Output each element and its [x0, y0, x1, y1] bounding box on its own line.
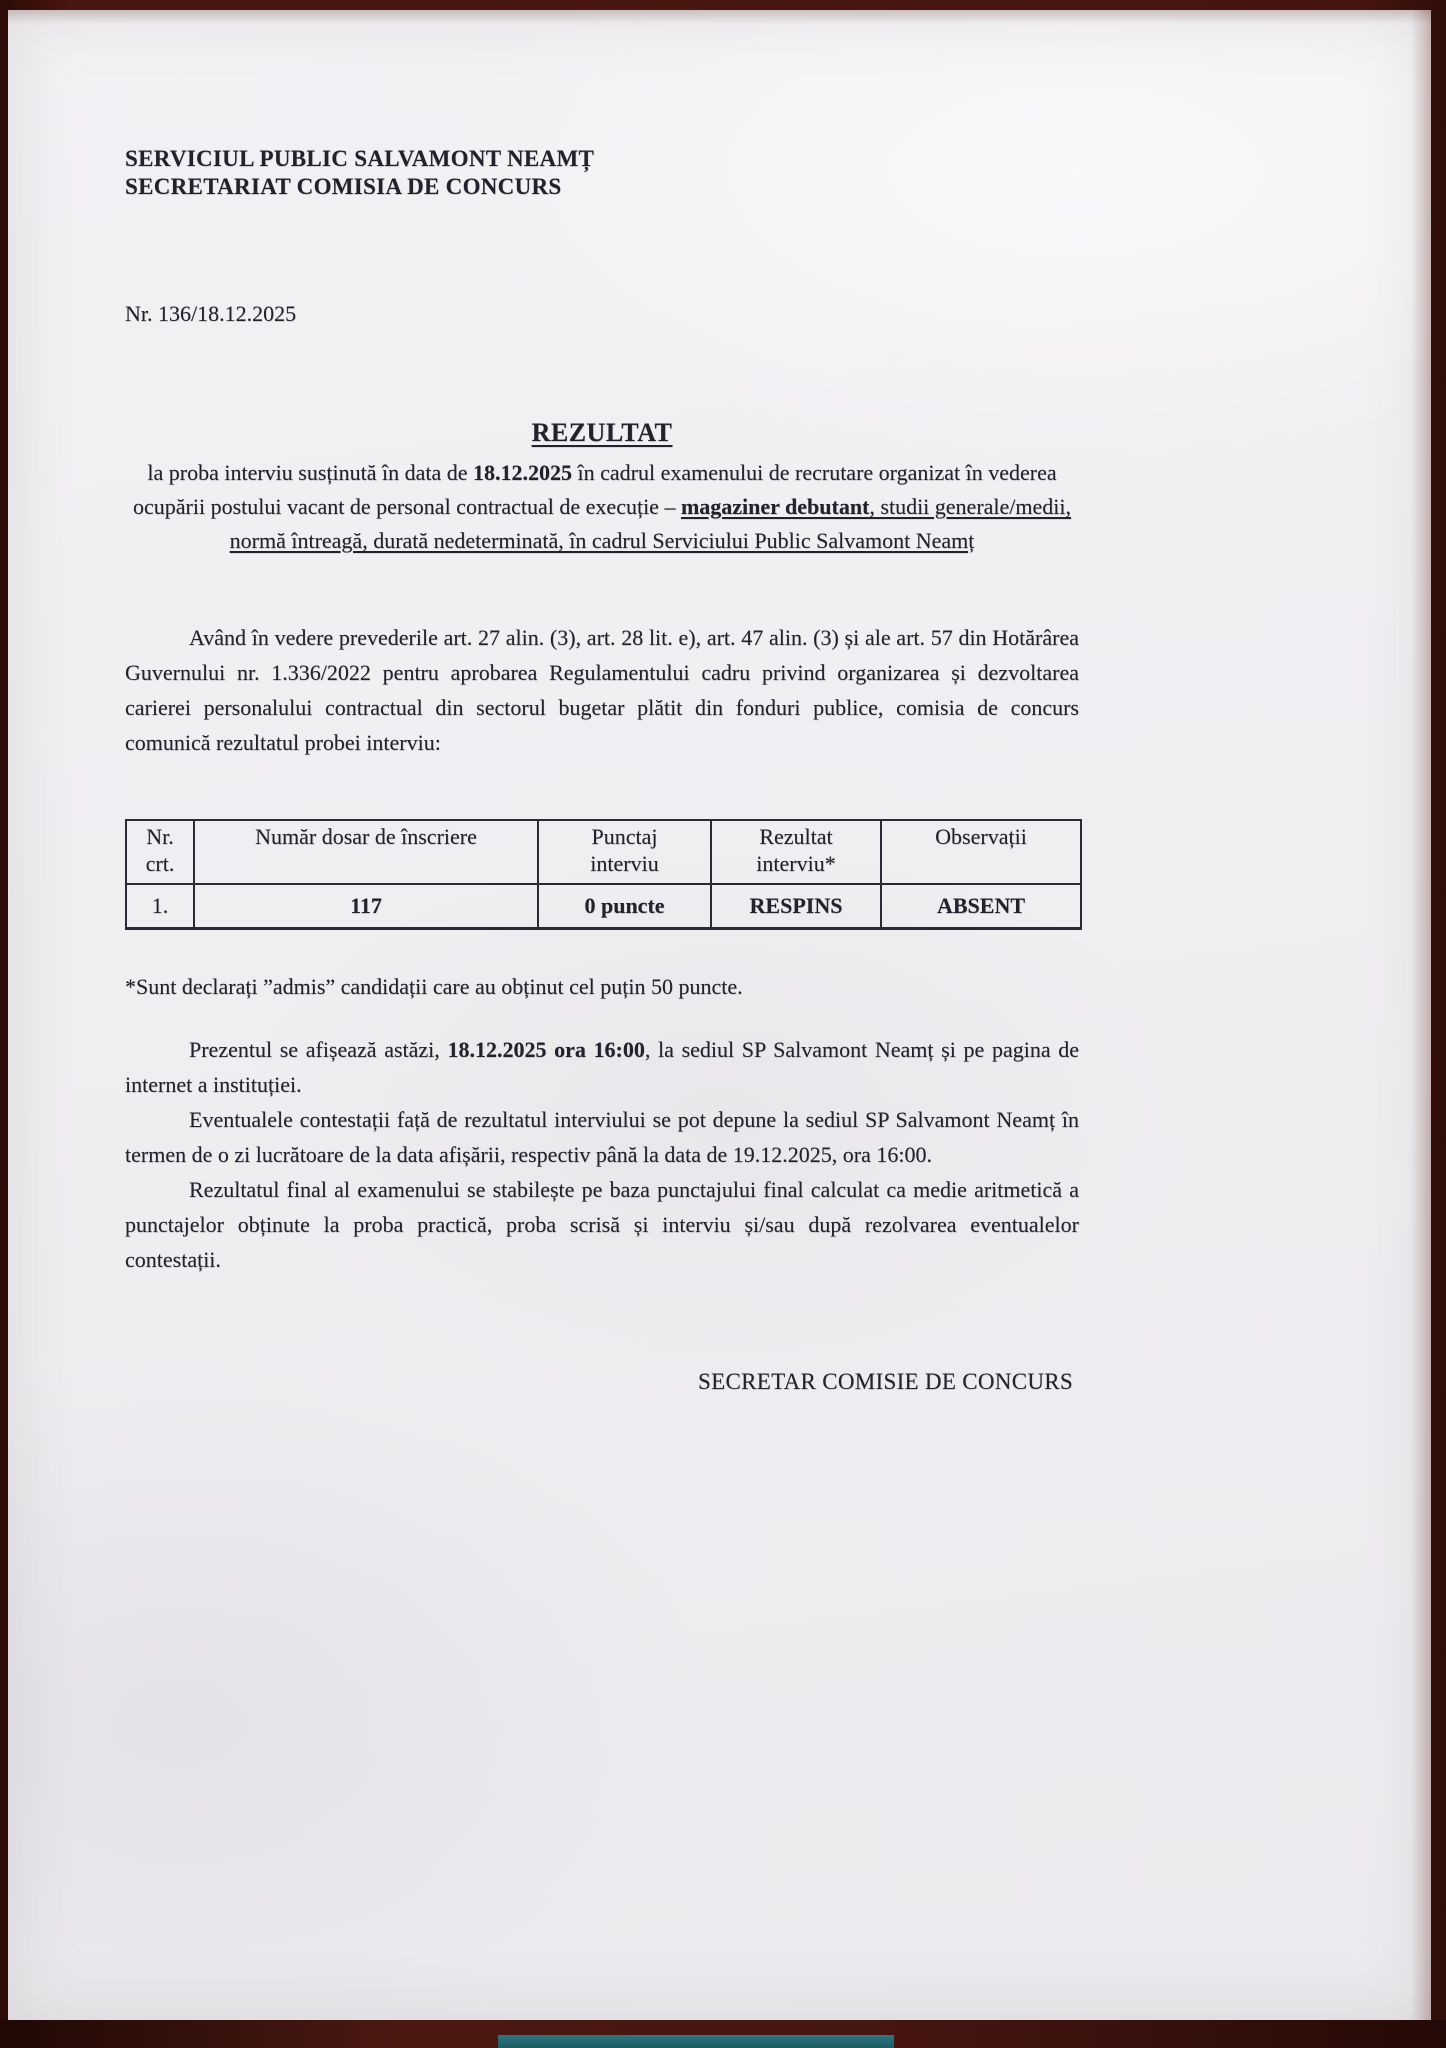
document-content: SERVICIUL PUBLIC SALVAMONT NEAMȚ SECRETA…	[8, 10, 1431, 1395]
position-name: magaziner debutant	[681, 494, 869, 519]
display-text-1: Prezentul se afișează astăzi,	[189, 1037, 447, 1062]
document-title: REZULTAT	[532, 418, 673, 447]
contest-paragraph: Eventualele contestații față de rezultat…	[125, 1102, 1079, 1172]
results-table: Nr. crt. Număr dosar de înscriere Puncta…	[125, 819, 1082, 930]
title-row: REZULTAT	[125, 418, 1079, 448]
scanned-document-page: SERVICIUL PUBLIC SALVAMONT NEAMȚ SECRETA…	[8, 10, 1431, 2020]
header-numar-dosar: Număr dosar de înscriere	[194, 820, 538, 884]
intro-text-1: la proba interviu susținută în data de	[147, 460, 473, 485]
intro-paragraph: la proba interviu susținută în data de 1…	[125, 456, 1079, 558]
closing-paragraphs: Prezentul se afișează astăzi, 18.12.2025…	[125, 1032, 1079, 1277]
header-rezultat-interviu: Rezultat interviu*	[711, 820, 881, 884]
org-name-line2: SECRETARIAT COMISIA DE CONCURS	[125, 173, 1079, 201]
cell-punctaj: 0 puncte	[538, 884, 711, 929]
bottom-accent-strip	[498, 2035, 894, 2048]
header-punctaj-interviu: Punctaj interviu	[538, 820, 711, 884]
header-nr-crt: Nr. crt.	[126, 820, 194, 884]
org-name-line1: SERVICIUL PUBLIC SALVAMONT NEAMȚ	[125, 145, 1079, 173]
cell-rezultat: RESPINS	[711, 884, 881, 929]
cell-observatii: ABSENT	[881, 884, 1081, 929]
cell-numar-dosar: 117	[194, 884, 538, 929]
table-header-row: Nr. crt. Număr dosar de înscriere Puncta…	[126, 820, 1081, 884]
admission-footnote: *Sunt declarați ”admis” candidații care …	[125, 972, 1079, 1002]
header-observatii: Observații	[881, 820, 1081, 884]
display-paragraph: Prezentul se afișează astăzi, 18.12.2025…	[125, 1032, 1079, 1102]
registration-number: Nr. 136/18.12.2025	[125, 300, 1079, 328]
legal-basis-paragraph: Având în vedere prevederile art. 27 alin…	[125, 620, 1079, 760]
interview-date: 18.12.2025	[473, 460, 572, 485]
photo-bottom-edge	[0, 2020, 1446, 2048]
display-datetime: 18.12.2025 ora 16:00	[447, 1037, 644, 1062]
signature-label: SECRETAR COMISIE DE CONCURS	[125, 1369, 1079, 1395]
final-result-paragraph: Rezultatul final al examenului se stabil…	[125, 1172, 1079, 1277]
table-row: 1. 117 0 puncte RESPINS ABSENT	[126, 884, 1081, 929]
cell-nr-crt: 1.	[126, 884, 194, 929]
